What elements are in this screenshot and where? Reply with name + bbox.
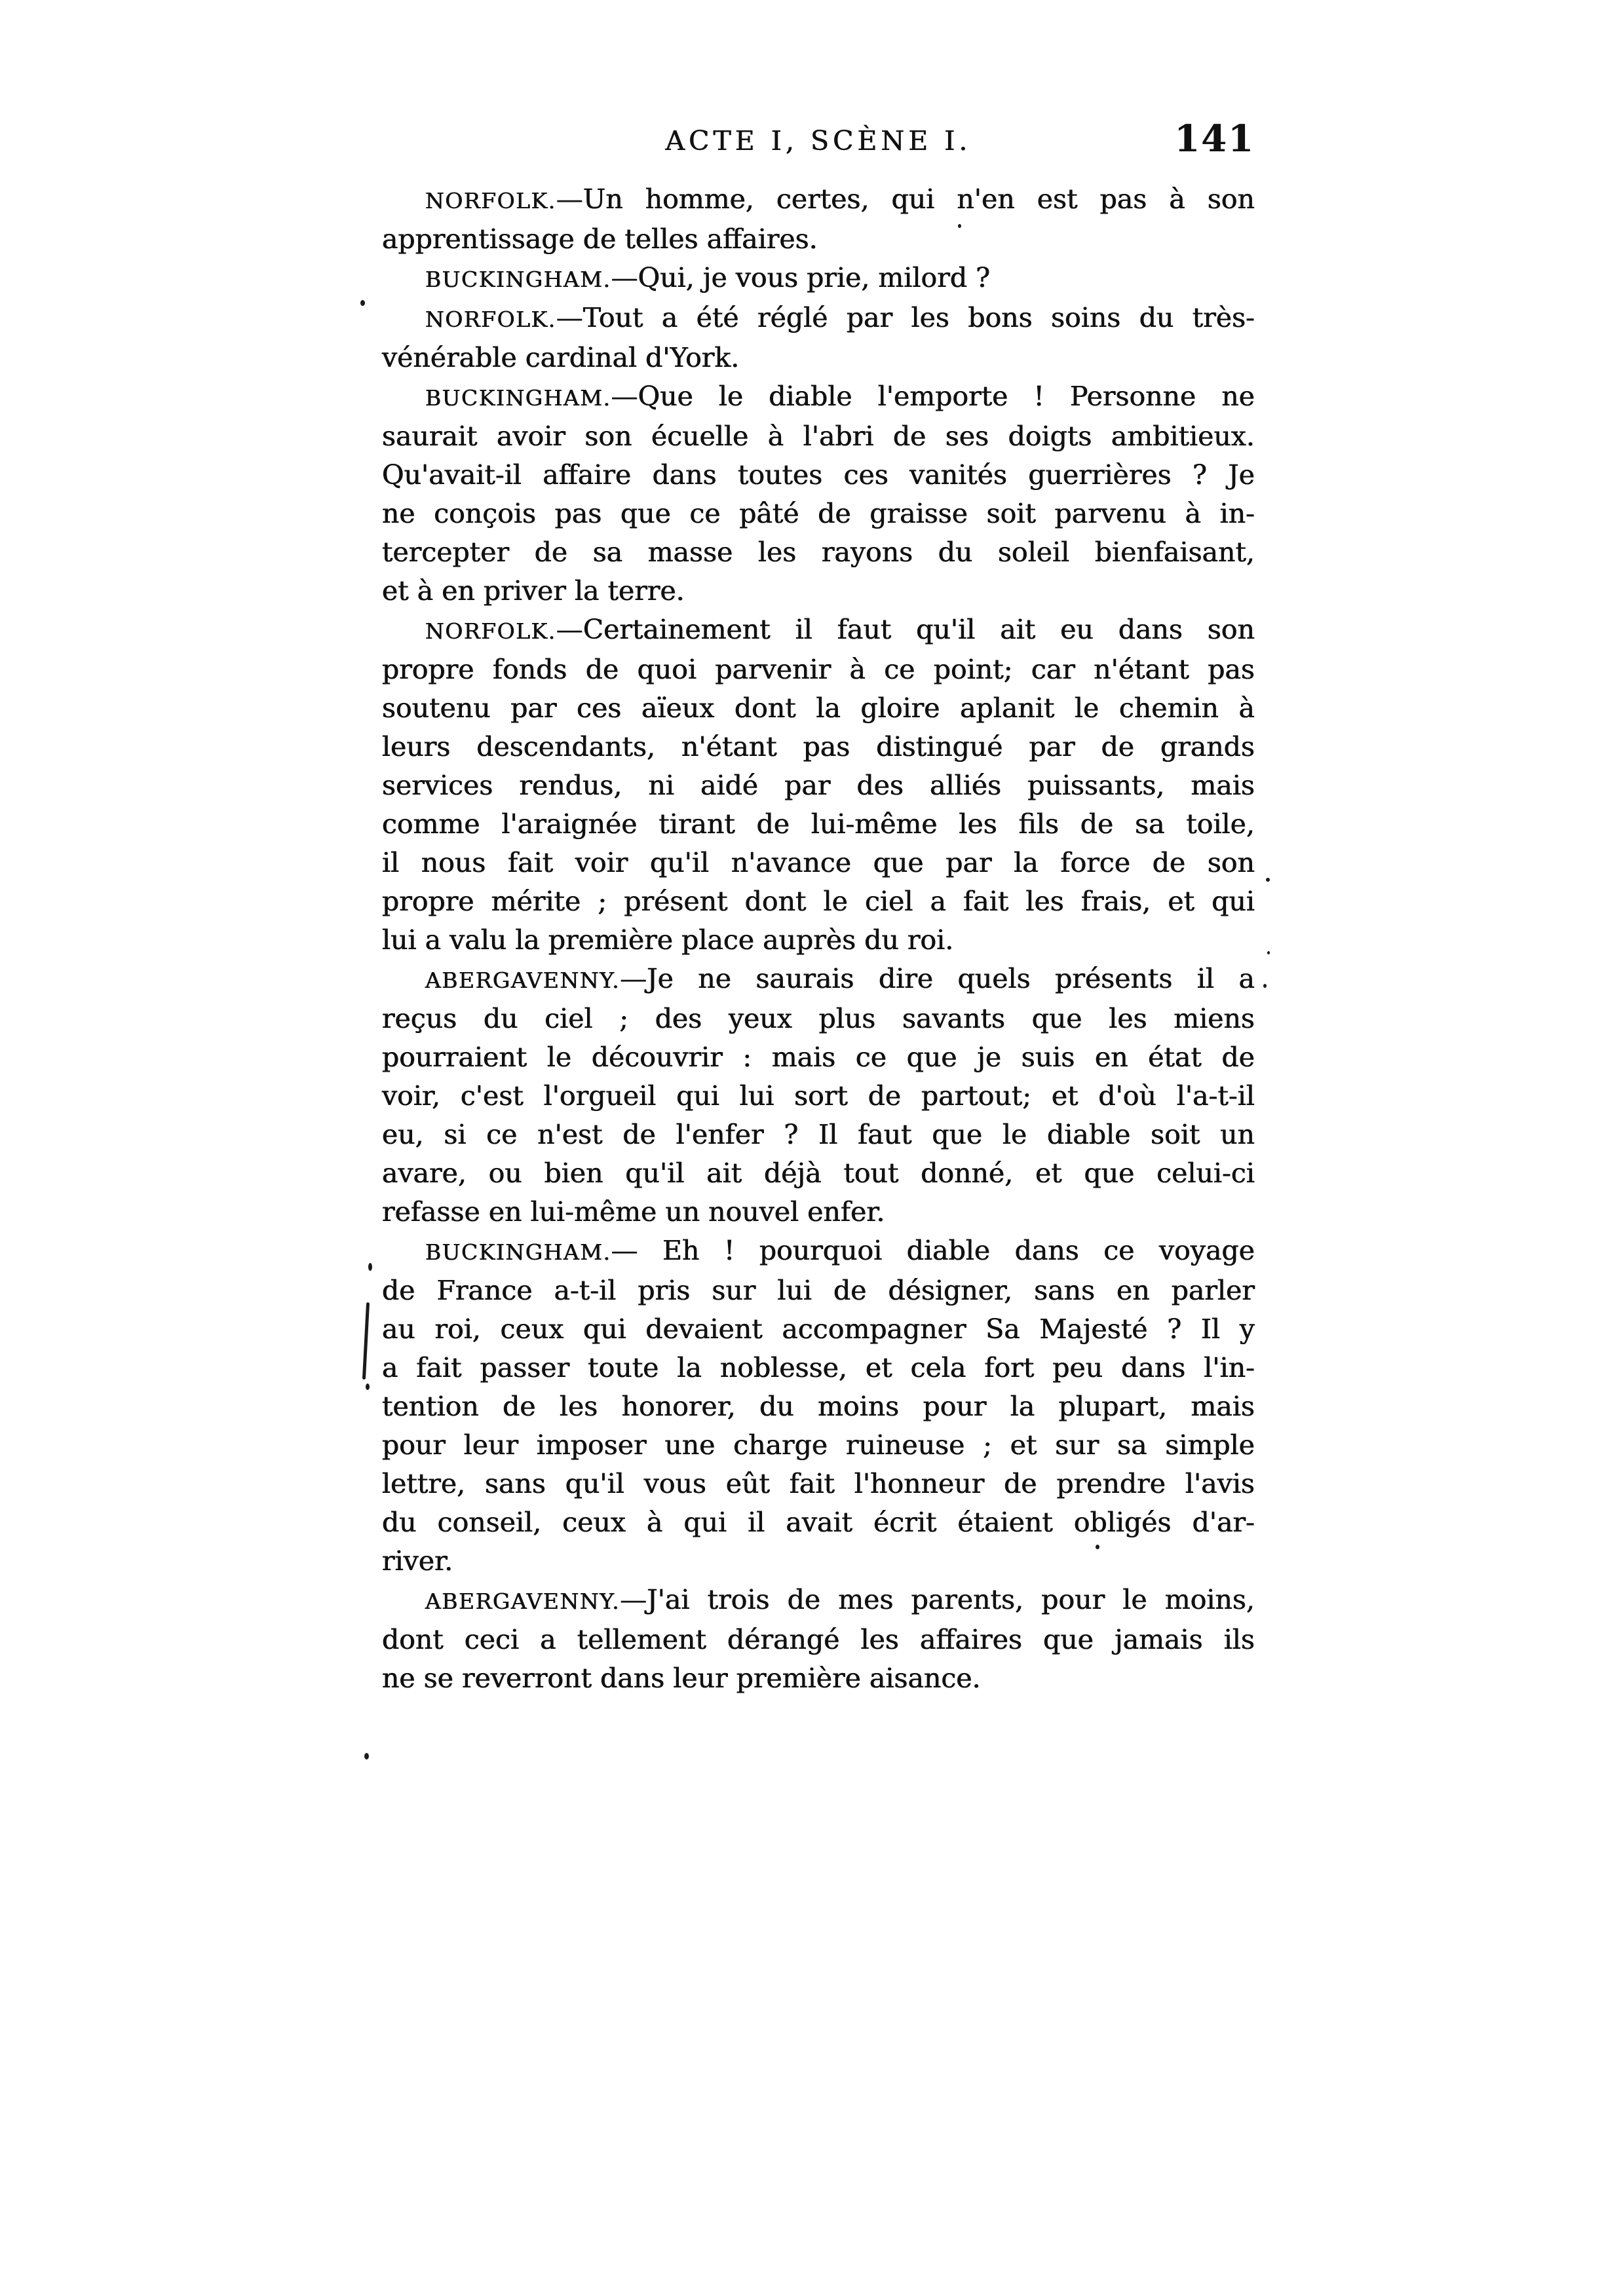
ink-speck [958, 224, 961, 228]
text-line: au roi, ceux qui devaient accompagner Sa… [382, 1310, 1255, 1349]
margin-pen-stroke [362, 1302, 370, 1380]
text-line: NORFOLK.—Tout a été réglé par les bons s… [382, 299, 1255, 339]
text-line: de France a-t-il pris sur lui de désigne… [382, 1271, 1255, 1310]
ink-speck [1267, 951, 1270, 954]
speaker-name: ABERGAVENNY. [425, 1589, 620, 1614]
paragraph: NORFOLK.—Certainement il faut qu'il ait … [382, 611, 1255, 960]
paragraph: NORFOLK.—Tout a été réglé par les bons s… [382, 299, 1255, 377]
ink-speck [1096, 1545, 1099, 1549]
text-line: river. [382, 1542, 1255, 1581]
text-line: avare, ou bien qu'il ait déjà tout donné… [382, 1154, 1255, 1193]
text-line: a fait passer toute la noblesse, et cela… [382, 1349, 1255, 1387]
text-line: Qu'avait-il affaire dans toutes ces vani… [382, 456, 1255, 495]
page-header: ACTE I, SCÈNE I. 141 [382, 120, 1255, 168]
speaker-name: NORFOLK. [425, 307, 556, 332]
text-line: eu, si ce n'est de l'enfer ? Il faut que… [382, 1116, 1255, 1154]
paragraph: BUCKINGHAM.—Qui, je vous prie, milord ? [382, 259, 1255, 299]
text-line: saurait avoir son écuelle à l'abri de se… [382, 417, 1255, 456]
speaker-name: NORFOLK. [425, 618, 556, 644]
text-line: NORFOLK.—Certainement il faut qu'il ait … [382, 611, 1255, 650]
paragraph: ABERGAVENNY.—Je ne saurais dire quels pr… [382, 960, 1255, 1232]
text-line: il nous fait voir qu'il n'avance que par… [382, 844, 1255, 882]
text-line: tercepter de sa masse les rayons du sole… [382, 533, 1255, 572]
page-title: ACTE I, SCÈNE I. [665, 125, 971, 157]
ink-speck [1263, 984, 1267, 988]
ink-speck [364, 1753, 369, 1760]
text-line: ne se reverront dans leur première aisan… [382, 1659, 1255, 1698]
text-line: ABERGAVENNY.—Je ne saurais dire quels pr… [382, 960, 1255, 1000]
text-line: lui a valu la première place auprès du r… [382, 921, 1255, 960]
ink-speck [1266, 878, 1270, 882]
speaker-name: NORFOLK. [425, 188, 556, 214]
speaker-name: BUCKINGHAM. [425, 1239, 611, 1265]
text-line: apprentissage de telles affaires. [382, 220, 1255, 259]
text-line: NORFOLK.—Un homme, certes, qui n'en est … [382, 180, 1255, 220]
ink-speck [360, 300, 365, 306]
page-number: 141 [1174, 117, 1255, 160]
paragraph: BUCKINGHAM.—Que le diable l'emporte ! Pe… [382, 377, 1255, 611]
paragraph: ABERGAVENNY.—J'ai trois de mes parents, … [382, 1581, 1255, 1698]
paragraph: BUCKINGHAM.— Eh ! pourquoi diable dans c… [382, 1232, 1255, 1581]
text-line: refasse en lui-même un nouvel enfer. [382, 1193, 1255, 1232]
text-line: BUCKINGHAM.—Qui, je vous prie, milord ? [382, 259, 1255, 299]
text-line: ne conçois pas que ce pâté de graisse so… [382, 495, 1255, 533]
text-line: services rendus, ni aidé par des alliés … [382, 766, 1255, 805]
text-line: BUCKINGHAM.— Eh ! pourquoi diable dans c… [382, 1232, 1255, 1271]
text-line: pourraient le découvrir : mais ce que je… [382, 1038, 1255, 1077]
text-line: voir, c'est l'orgueil qui lui sort de pa… [382, 1077, 1255, 1116]
text-line: lettre, sans qu'il vous eût fait l'honne… [382, 1465, 1255, 1503]
text-line: comme l'araignée tirant de lui-même les … [382, 805, 1255, 844]
text-line: du conseil, ceux à qui il avait écrit ét… [382, 1503, 1255, 1542]
text-line: soutenu par ces aïeux dont la gloire apl… [382, 689, 1255, 728]
text-line: tention de les honorer, du moins pour la… [382, 1387, 1255, 1426]
text-line: vénérable cardinal d'York. [382, 339, 1255, 377]
text-line: dont ceci a tellement dérangé les affair… [382, 1621, 1255, 1659]
text-line: propre fonds de quoi parvenir à ce point… [382, 650, 1255, 689]
speaker-name: BUCKINGHAM. [425, 267, 611, 292]
speaker-name: ABERGAVENNY. [425, 968, 620, 993]
scanned-book-page: ACTE I, SCÈNE I. 141 NORFOLK.—Un homme, … [0, 0, 1623, 2296]
paragraph: NORFOLK.—Un homme, certes, qui n'en est … [382, 180, 1255, 259]
text-block: NORFOLK.—Un homme, certes, qui n'en est … [382, 180, 1255, 1698]
text-line: pour leur imposer une charge ruineuse ; … [382, 1426, 1255, 1465]
text-line: BUCKINGHAM.—Que le diable l'emporte ! Pe… [382, 377, 1255, 417]
text-line: propre mérite ; présent dont le ciel a f… [382, 882, 1255, 921]
speaker-name: BUCKINGHAM. [425, 385, 611, 411]
text-line: leurs descendants, n'étant pas distingué… [382, 728, 1255, 766]
ink-speck [368, 1263, 372, 1271]
text-line: et à en priver la terre. [382, 572, 1255, 611]
text-line: ABERGAVENNY.—J'ai trois de mes parents, … [382, 1581, 1255, 1621]
text-line: reçus du ciel ; des yeux plus savants qu… [382, 1000, 1255, 1038]
ink-speck [366, 1383, 370, 1390]
